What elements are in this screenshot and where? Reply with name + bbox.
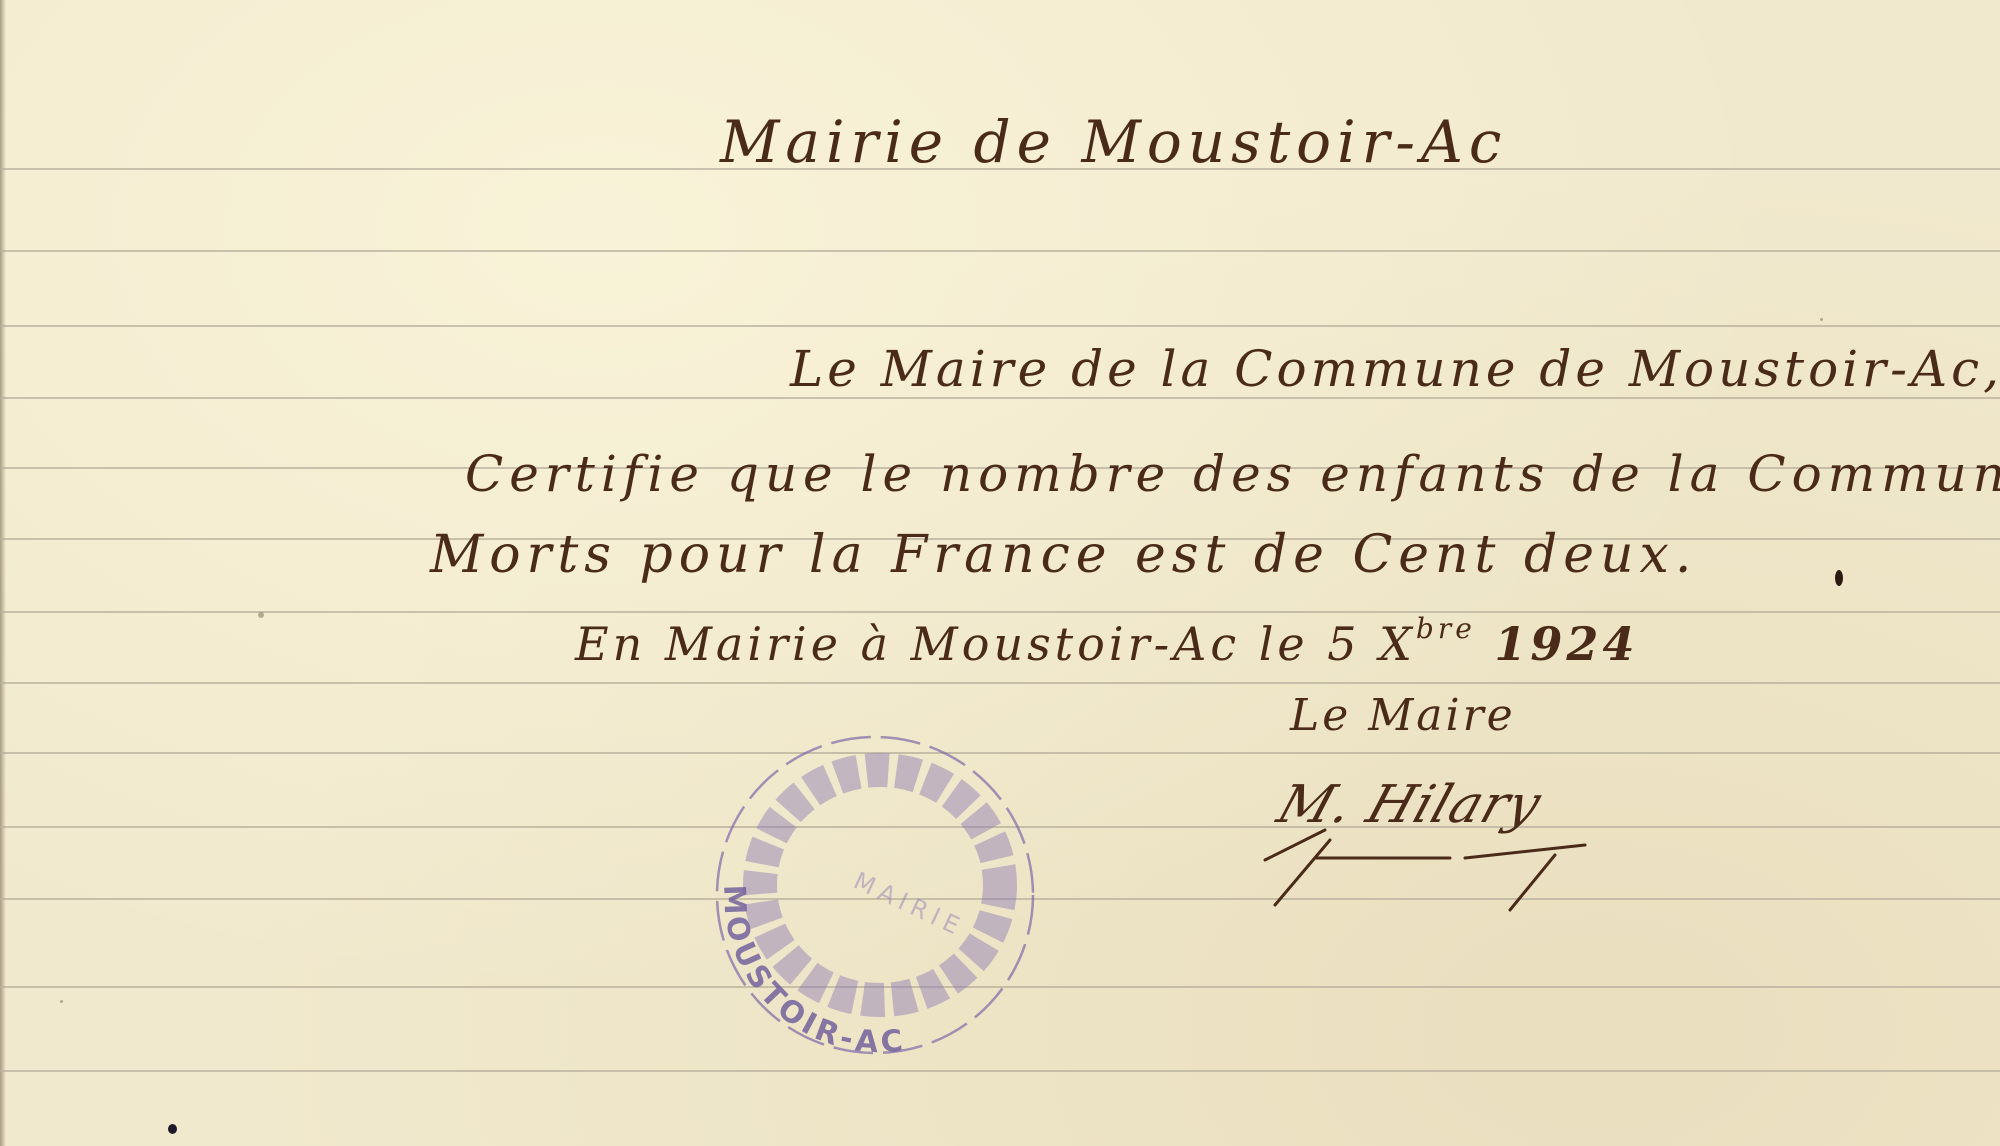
document-header: Mairie de Moustoir-Ac — [720, 108, 1507, 176]
stamp-ring-text: MOUSTOIR-AC — [716, 884, 908, 1055]
body-line-1: Le Maire de la Commune de Moustoir-Ac, — [790, 340, 2000, 398]
ruled-line — [0, 250, 2000, 252]
paper-speck — [1820, 318, 1823, 321]
signature-flourish-icon — [1255, 810, 1595, 920]
body-line-2: Certifie que le nombre des enfants de la… — [465, 445, 2000, 503]
document-page: Mairie de Moustoir-Ac Le Maire de la Com… — [0, 0, 2000, 1146]
month-superscript: bre — [1416, 612, 1476, 645]
paper-left-edge — [0, 0, 6, 1146]
year: 1924 — [1494, 617, 1638, 671]
mairie-seal-icon: MOUSTOIR-AC MAIRIE — [700, 735, 1060, 1055]
svg-text:MOUSTOIR-AC: MOUSTOIR-AC — [716, 884, 908, 1055]
paper-speck — [60, 1000, 63, 1003]
ink-dot — [1835, 570, 1843, 586]
ruled-line — [0, 1070, 2000, 1072]
svg-text:MAIRIE: MAIRIE — [849, 867, 969, 943]
ruled-line — [0, 682, 2000, 684]
body-line-3: Morts pour la France est de Cent deux. — [430, 525, 1697, 585]
paper-speck — [258, 612, 264, 618]
place-date-line: En Mairie à Moustoir-Ac le 5 Xbre 1924 — [575, 612, 1638, 671]
ink-dot — [168, 1124, 177, 1134]
ruled-line — [0, 325, 2000, 327]
closing-title: Le Maire — [1290, 690, 1516, 741]
place-date-prefix: En Mairie à Moustoir-Ac le 5 X — [575, 617, 1416, 671]
